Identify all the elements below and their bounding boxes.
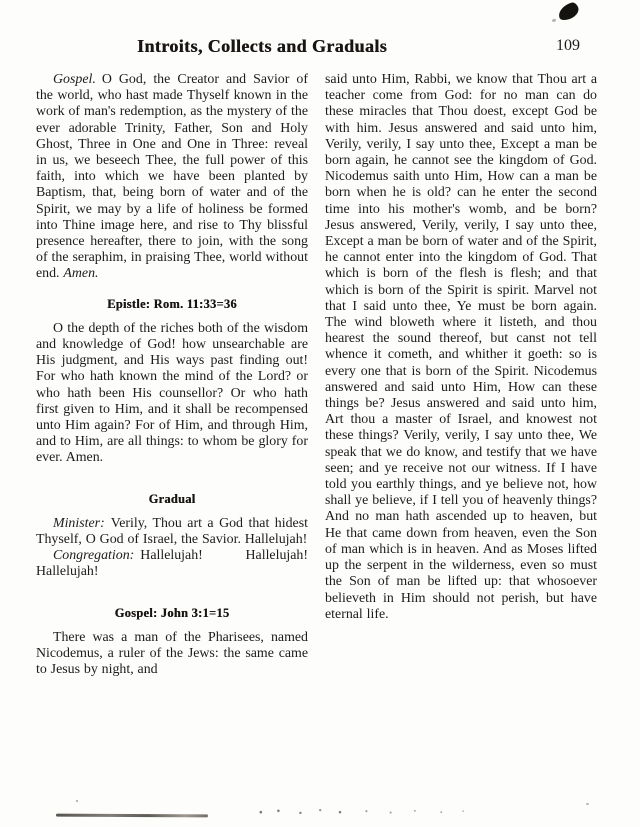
scan-speck-right (586, 803, 589, 805)
minister-paragraph: Minister:Verily, Thou art a God that hid… (36, 516, 308, 548)
gospel-collect-paragraph: Gospel.O God, the Creator and Savior of … (36, 72, 308, 283)
scan-smudge-speckles (252, 808, 472, 815)
page-number: 109 (556, 37, 580, 55)
page-header: Introits, Collects and Graduals 109 (36, 36, 598, 60)
congregation-lead: Congregation: (53, 548, 140, 563)
page-corner-ink-mark (556, 1, 581, 22)
congregation-paragraph: Congregation:Hallelujah! Hallelujah! Hal… (36, 548, 308, 580)
scanned-page: Introits, Collects and Graduals 109 Gosp… (0, 0, 640, 827)
gospel-reading-heading: Gospel: John 3:1=15 (36, 605, 308, 621)
running-title: Introits, Collects and Graduals (36, 36, 488, 57)
right-column: said unto Him, Rabbi, we know that Thou … (325, 72, 597, 679)
gospel-collect-lead: Gospel. (53, 72, 102, 87)
minister-lead: Minister: (53, 516, 111, 531)
left-column: Gospel.O God, the Creator and Savior of … (36, 72, 308, 679)
continuation-paragraph: said unto Him, Rabbi, we know that Thou … (325, 72, 597, 623)
scan-speck-left (76, 800, 78, 802)
gospel-collect-text: O God, the Creator and Savior of the wor… (36, 72, 308, 281)
text-columns: Gospel.O God, the Creator and Savior of … (36, 72, 598, 679)
gospel-collect-amen: Amen. (63, 266, 98, 281)
scan-smudge-line (56, 814, 208, 818)
epistle-heading: Epistle: Rom. 11:33=36 (36, 296, 308, 312)
epistle-paragraph: O the depth of the riches both of the wi… (36, 321, 308, 467)
gradual-heading: Gradual (36, 491, 308, 507)
gospel-reading-paragraph: There was a man of the Pharisees, named … (36, 630, 308, 679)
